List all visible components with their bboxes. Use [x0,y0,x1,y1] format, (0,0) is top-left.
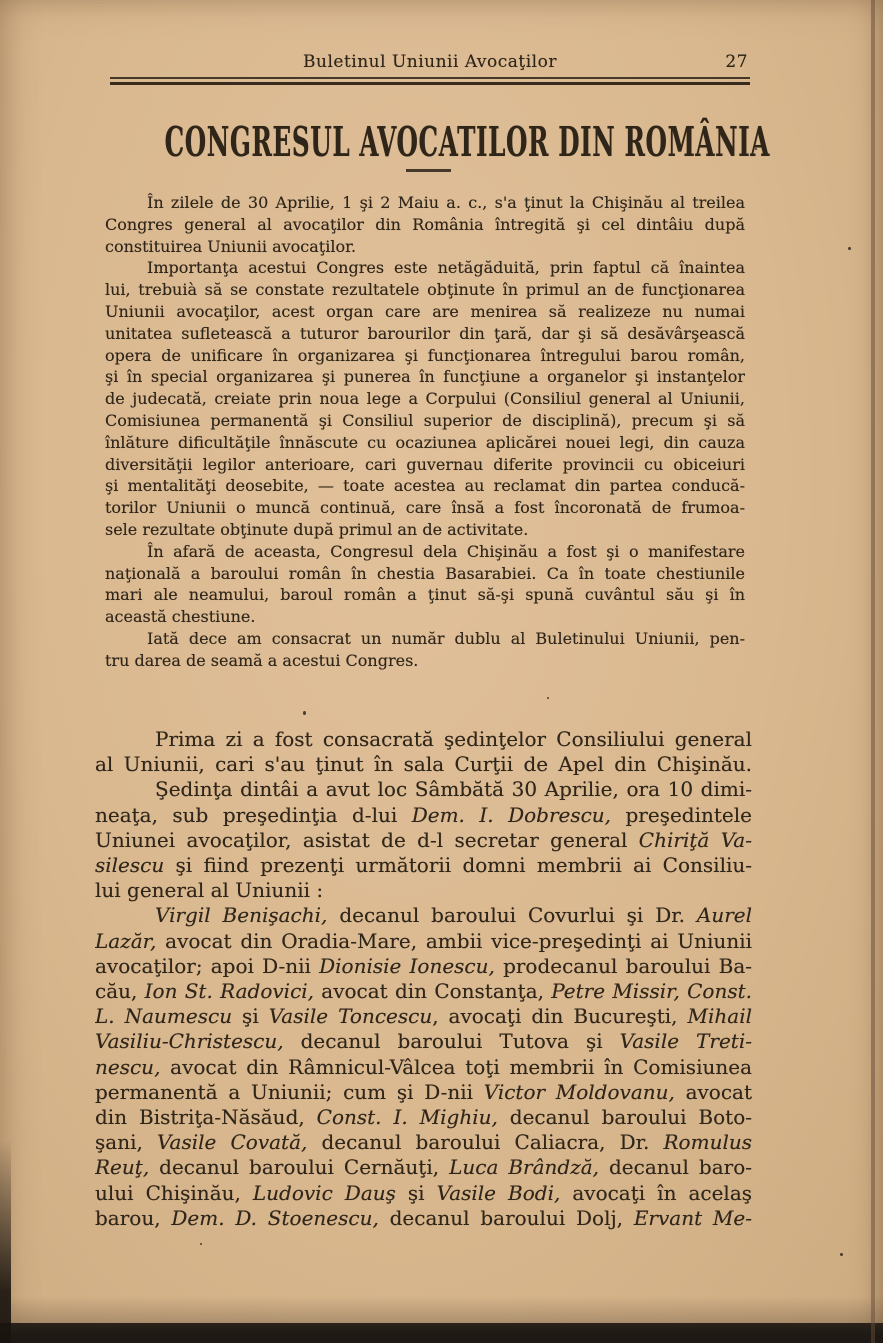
header-double-rule [110,77,750,85]
text-line: Congres general al avocaţilor din Români… [105,214,745,236]
text-line: înlăture dificultăţile înnăscute cu ocaz… [105,432,745,454]
text-line: şi mentalităţi deosebite, — toate aceste… [105,475,745,497]
text-line: Comisiunea permanentă şi Consiliul super… [105,410,745,432]
text-line: Virgil Benişachi, decanul baroului Covur… [95,903,752,928]
text-line: silescu şi fiind prezenţi următorii domn… [95,853,752,878]
text-line: lui, trebuià să se constate rezultatele … [105,279,745,301]
page-bottom-shadow [0,1296,883,1324]
running-head: Buletinul Uniunii Avocaţilor 27 [110,52,750,76]
text-line: din Bistriţa-Năsăud, Const. I. Mighiu, d… [95,1105,752,1130]
section-report: Prima zi a fost consacrată şedinţelor Co… [95,727,752,1231]
text-line: această chestiune. [105,606,745,628]
text-line: În afară de aceasta, Congresul dela Chiş… [105,541,745,563]
text-line: naţională a baroului român în chestia Ba… [105,563,745,585]
article-title: CONGRESUL AVOCATILOR DIN ROMÂNIA [165,118,695,166]
text-line: Iată dece am consacrat un număr dublu al… [105,628,745,650]
title-underline [406,169,451,172]
text-line: ului Chişinău, Ludovic Dauş şi Vasile Bo… [95,1181,752,1206]
text-line: permanentă a Uniunii; cum şi D-nii Victo… [95,1080,752,1105]
text-line: constituirea Uniunii avocaţilor. [105,236,745,258]
text-line: Lazăr, avocat din Oradia-Mare, ambii vic… [95,929,752,954]
text-line: Vasiliu-Christescu, decanul baroului Tut… [95,1029,752,1054]
text-line: Şedinţa dintâi a avut loc Sâmbătă 30 Apr… [95,777,752,802]
paper-speck [200,1243,202,1245]
paper-speck [848,247,851,250]
text-line: tru darea de seamă a acestui Congres. [105,650,745,672]
text-line: şi în special organizarea şi punerea în … [105,366,745,388]
text-line: L. Naumescu şi Vasile Toncescu, avocaţi … [95,1004,752,1029]
text-line: Prima zi a fost consacrată şedinţelor Co… [95,727,752,752]
paper-speck [303,711,306,715]
rule-line-top [110,77,750,79]
paper-speck [840,1253,843,1256]
page-number: 27 [725,52,748,72]
text-line: opera de unificare în organizarea şi fun… [105,345,745,367]
text-line: unitatea sufletească a tuturor barourilo… [105,323,745,345]
paper-speck [547,697,549,699]
paper-speck [755,148,757,150]
text-line: cău, Ion St. Radovici, avocat din Consta… [95,979,752,1004]
text-line: şani, Vasile Covată, decanul baroului Ca… [95,1130,752,1155]
running-title: Buletinul Uniunii Avocaţilor [110,52,750,72]
text-line: lui general al Uniunii : [95,878,752,903]
text-line: de judecată, creiate prin noua lege a Co… [105,388,745,410]
text-line: diversităţii legilor anterioare, cari gu… [105,454,745,476]
text-line: Reuţ, decanul baroului Cernăuţi, Luca Br… [95,1155,752,1180]
text-line: neaţa, sub preşedinţia d-lui Dem. I. Dob… [95,803,752,828]
text-line: În zilele de 30 Aprilie, 1 şi 2 Maiu a. … [105,192,745,214]
text-line: torilor Uniunii o muncă continuă, care î… [105,497,745,519]
text-line: Importanţa acestui Congres este netăgădu… [105,257,745,279]
scanned-page: Buletinul Uniunii Avocaţilor 27 CONGRESU… [0,0,883,1343]
scan-right-edge [871,0,875,1343]
text-line: Uniunei avocaţilor, asistat de d-l secre… [95,828,752,853]
text-line: mari ale neamului, baroul român a ţinut … [105,584,745,606]
scan-left-edge [0,1140,11,1343]
text-line: al Uniunii, cari s'au ţinut în sala Curţ… [95,752,752,777]
scan-bottom-band [0,1323,883,1343]
text-line: sele rezultate obţinute după primul an d… [105,519,745,541]
rule-line-bottom [110,82,750,85]
text-line: barou, Dem. D. Stoenescu, decanul baroul… [95,1206,752,1231]
text-line: avocaţilor; apoi D-nii Dionisie Ionescu,… [95,954,752,979]
text-line: nescu, avocat din Râmnicul-Vâlcea toţi m… [95,1055,752,1080]
text-line: Uniunii avocaţilor, acest organ care are… [105,301,745,323]
section-intro: În zilele de 30 Aprilie, 1 şi 2 Maiu a. … [105,192,745,672]
